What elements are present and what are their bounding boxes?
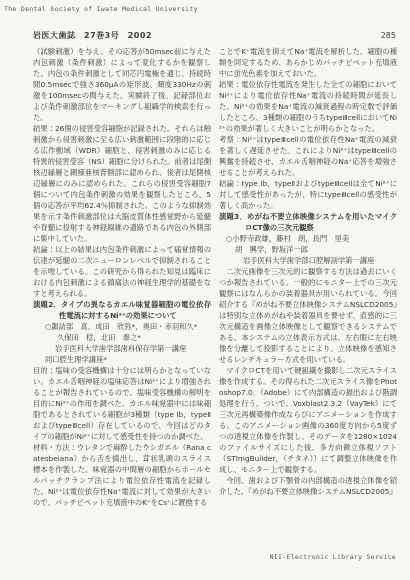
journal-citation: 岩医大歯誌 27巻3号 2002: [33, 30, 152, 41]
library-watermark: The Dental Society of Iwate Medical Univ…: [4, 5, 198, 13]
session3-method-paragraph: マイクロCTを用いて硬組織を撮影し二次元スライス像を作成する。その得られた二次元…: [219, 365, 397, 475]
left-column: （試験刺激）を与え、その応答が50msec前に与えた内包刺激（条件刺激）によって…: [33, 46, 211, 508]
abstract1-conclusion-paragraph: 結論：以上の結果は内包条件刺激によって痛覚情報の伝達が延髄の二次ニューロンレベル…: [33, 244, 211, 299]
session2-authors-line2: 久保田 稔，北田 泰之*: [33, 332, 211, 343]
session2-discussion-paragraph: 考察：Ni²⁺はtypeⅢcellの電位依存性Na⁺電流の減衰を著しく遅延させた…: [219, 134, 397, 178]
session2-results-paragraph: 結果：電位依存性電流を発生した全ての細胞においてNi²⁺により電位依存性Na⁺電…: [219, 79, 397, 134]
session2-title: 演題2．タイプの異なるカエル味覚器細胞の電位依存性電流に対するNi²⁺の効果につ…: [33, 299, 211, 321]
abstract1-results-paragraph: 結果：26個の侵害受容細胞が記録された。それらは触刺激から侵害刺激に至る広い刺激…: [33, 123, 211, 244]
session2-affiliation-line1: 岩手医科大学歯学部歯科保存学第一講座: [33, 343, 211, 354]
right-column: ことでK⁺電流を抑えてNa⁺電流を解析した。細胞の種類を同定するため、あらかじめ…: [219, 46, 397, 508]
text-columns: （試験刺激）を与え、その応答が50msec前に与えた内包刺激（条件刺激）によって…: [33, 46, 397, 508]
session2-affiliation-line2: 同口腔生理学講座*: [33, 354, 211, 365]
nii-footer: NII-Electronic Library Service: [270, 553, 396, 561]
session2-conclusion-paragraph: 結論：type Ib，typeⅡおよびtypeⅢcellは全てNi²⁺に対して感…: [219, 178, 397, 211]
session3-authors-line2: 胡 興学，野坂洋一郎: [219, 244, 397, 255]
session3-intro-paragraph: 二次元画像を三次元的に観察する方法は過去にいくつか報告されている。一般的にモニタ…: [219, 266, 397, 365]
session2-materials-paragraph: 材料・方法：ウレタンで麻酔したウシガエル（Rana catesbeiana）から…: [33, 442, 211, 508]
abstract1-methods-paragraph: （試験刺激）を与え、その応答が50msec前に与えた内包刺激（条件刺激）によって…: [33, 46, 211, 123]
session3-closing-paragraph: 今回、歯および下顎骨の内部構造の透視立体像を紹介した。『めがね不要立体映像システ…: [219, 475, 397, 497]
scanned-journal-page: The Dental Society of Iwate Medical Univ…: [0, 0, 410, 580]
page-number: 285: [381, 31, 396, 40]
session3-authors-line1: ○小野寺政雄，藤村 朗，長門 里美: [219, 233, 397, 244]
session3-title: 演題3．めがね不要立体映像システムを用いたマイクロCT像の三次元観察: [219, 211, 397, 233]
journal-header: 岩医大歯誌 27巻3号 2002 285: [33, 30, 396, 41]
session2-continuation-paragraph: ことでK⁺電流を抑えてNa⁺電流を解析した。細胞の種類を同定するため、あらかじめ…: [219, 46, 397, 79]
session2-authors-line1: ○諏訪部 真，成田 欣弥*，奥田・赤羽和久*: [33, 321, 211, 332]
session2-purpose-paragraph: 目的：塩味の受容機構は十分には明らかとなっていない。カエル舌咽神経の塩味応答はN…: [33, 365, 211, 442]
session3-affiliation: 岩手医科大学歯学部口腔解剖学第一講座: [219, 255, 397, 266]
